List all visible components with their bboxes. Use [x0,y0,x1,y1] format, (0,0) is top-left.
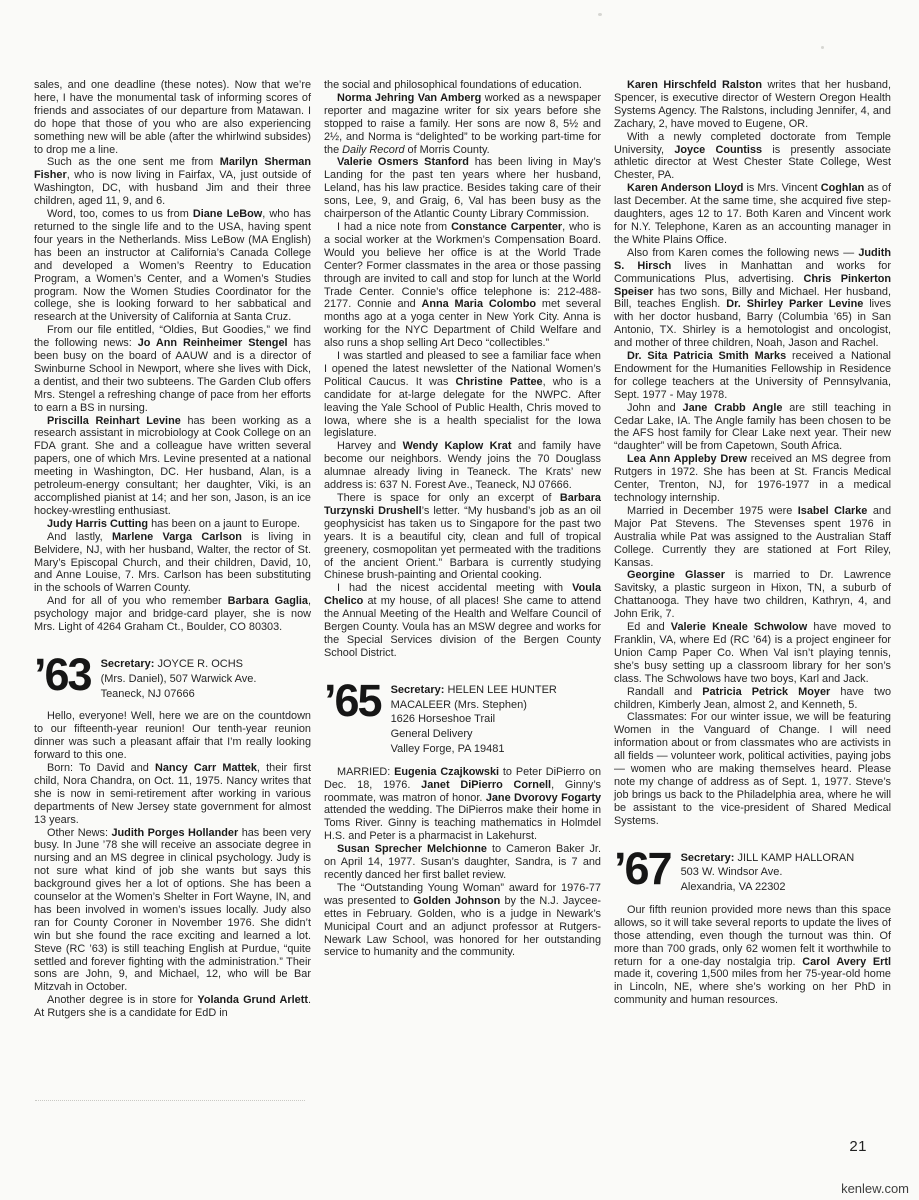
person-name: Priscilla Reinhart Levine [47,415,181,427]
paragraph: Another degree is in store for Yolanda G… [34,994,311,1020]
column-1: sales, and one deadline (these notes). N… [34,79,311,1020]
text-run: Another degree is in store for [47,994,197,1006]
paragraph: Such as the one sent me from Marilyn She… [34,156,311,208]
person-name: Lea Ann Appleby Drew [627,453,747,465]
person-name: Judy Harris Cutting [47,518,148,530]
person-name: Jane Crabb Angle [683,402,783,414]
paragraph: There is space for only an excerpt of Ba… [324,492,601,582]
text-run: has been very busy. In June ’78 she will… [34,827,311,994]
text-run: Harvey and [337,440,403,452]
paragraph: Judy Harris Cutting has been on a jaunt … [34,518,311,531]
publication-title: Daily Record [342,144,404,156]
text-run: Randall and [627,686,702,698]
text-run: I had the nicest accidental meeting with [337,582,572,594]
secretary-line: 1626 Horseshoe Trail [391,712,557,727]
text-run: And lastly, [47,531,112,543]
paragraph: sales, and one deadline (these notes). N… [34,79,311,156]
paragraph: I was startled and pleased to see a fami… [324,350,601,440]
paragraph: Our fifth reunion provided more news tha… [614,904,891,1007]
person-name: Constance Carpenter [451,221,562,233]
text-run: Word, too, comes to us from [47,208,193,220]
class-year-header: ’63Secretary: JOYCE R. OCHS(Mrs. Daniel)… [34,656,311,701]
person-name: Judith Porges Hollander [111,827,238,839]
text-run: And for all of you who remember [47,595,228,607]
paragraph: With a newly completed doctorate from Te… [614,131,891,183]
secretary-line: (Mrs. Daniel), 507 Warwick Ave. [101,672,257,687]
person-name: Valerie Kneale Schwolow [671,621,807,633]
paragraph: Also from Karen comes the following news… [614,247,891,350]
paragraph: Hello, everyone! Well, here we are on th… [34,710,311,762]
text-run: Such as the one sent me from [47,156,220,168]
class-year-label: ’65 [324,682,381,720]
paragraph: Susan Sprecher Melchionne to Cameron Bak… [324,843,601,882]
secretary-line: Valley Forge, PA 19481 [391,742,557,757]
text-run: , who has returned to the single life an… [34,208,311,323]
column-3: Karen Hirschfeld Ralston writes that her… [614,79,891,1020]
paragraph: Karen Hirschfeld Ralston writes that her… [614,79,891,131]
person-name: Barbara Gaglia [228,595,308,607]
paragraph: I had a nice note from Constance Carpent… [324,221,601,350]
text-run: Also from Karen comes the following news… [627,247,858,259]
person-name: Yolanda Grund Arlett [197,994,308,1006]
secretary-line: Secretary: HELEN LEE HUNTER [391,683,557,698]
paragraph: And lastly, Marlene Varga Carlson is liv… [34,531,311,596]
secretary-label: Secretary: [681,852,738,864]
secretary-line: Secretary: JOYCE R. OCHS [101,657,257,672]
paragraph: Priscilla Reinhart Levine has been worki… [34,415,311,518]
person-name: Joyce Countiss [674,144,762,156]
paragraph: Born: To David and Nancy Carr Mattek, th… [34,762,311,827]
person-name: Anna Maria Colombo [421,298,536,310]
secretary-line: Teaneck, NJ 07666 [101,687,257,702]
paragraph: MARRIED: Eugenia Czajkowski to Peter DiP… [324,766,601,843]
person-name: Valerie Osmers Stanford [337,156,469,168]
column-2: the social and philosophical foundations… [324,79,601,1020]
person-name: Diane LeBow [193,208,262,220]
person-name: Jane Dvorovy Fogarty [486,792,601,804]
paragraph: Norma Jehring Van Amberg worked as a new… [324,92,601,157]
text-run: has been on a jaunt to Europe. [148,518,300,530]
text-run: Ed and [627,621,671,633]
paragraph: Valerie Osmers Stanford has been living … [324,156,601,221]
paragraph: the social and philosophical foundations… [324,79,601,92]
person-name: Karen Hirschfeld Ralston [627,79,762,91]
secretary-line: General Delivery [391,727,557,742]
paragraph: Classmates: For our winter issue, we wil… [614,711,891,827]
person-name: Christine Pattee [456,376,543,388]
secretary-info: Secretary: JILL KAMP HALLORAN503 W. Wind… [681,850,855,895]
paragraph: I had the nicest accidental meeting with… [324,582,601,659]
scan-artifact [598,13,602,16]
paragraph: Word, too, comes to us from Diane LeBow,… [34,208,311,324]
text-run: sales, and one deadline (these notes). N… [34,79,311,156]
person-name: Georgine Glasser [627,569,725,581]
paragraph: Lea Ann Appleby Drew received an MS degr… [614,453,891,505]
person-name: Dr. Sita Patricia Smith Marks [627,350,786,362]
person-name: Susan Sprecher Melchionne [337,843,487,855]
person-name: Golden Johnson [413,895,500,907]
paragraph: Dr. Sita Patricia Smith Marks received a… [614,350,891,402]
secretary-line: MACALEER (Mrs. Stephen) [391,698,557,713]
paragraph: Other News: Judith Porges Hollander has … [34,827,311,995]
text-run: MARRIED: [337,766,394,778]
newsletter-page: sales, and one deadline (these notes). N… [0,0,919,1020]
text-run: Born: To David and [47,762,155,774]
person-name: Karen Anderson Lloyd [627,182,743,194]
text-run: made it, covering 1,500 miles from her 7… [614,968,891,1006]
text-columns: sales, and one deadline (these notes). N… [0,0,919,1020]
text-run: Married in December 1975 were [627,505,798,517]
person-name: Coghlan [821,182,865,194]
paragraph: John and Jane Crabb Angle are still teac… [614,402,891,454]
secretary-line: 503 W. Windsor Ave. [681,865,855,880]
secretary-line: Alexandria, VA 22302 [681,880,855,895]
paragraph: Harvey and Wendy Kaplow Krat and family … [324,440,601,492]
paragraph: From our file entitled, “Oldies, But Goo… [34,324,311,414]
class-year-header: ’67Secretary: JILL KAMP HALLORAN503 W. W… [614,850,891,895]
text-run: John and [627,402,683,414]
text-run: attended the wedding. The DiPierros make… [324,804,601,842]
person-name: Wendy Kaplow Krat [403,440,512,452]
page-number: 21 [849,1138,867,1155]
person-name: Patricia Petrick Moyer [702,686,830,698]
person-name: Jo Ann Reinheimer Stengel [138,337,288,349]
text-run: Hello, everyone! Well, here we are on th… [34,710,311,761]
person-name: Carol Avery Ertl [802,956,891,968]
text-run: , who is now living in Fairfax, VA, just… [34,169,311,207]
paragraph: Married in December 1975 were Isabel Cla… [614,505,891,570]
text-run: Other News: [47,827,111,839]
text-run: Classmates: For our winter issue, we wil… [614,711,891,826]
class-year-header: ’65Secretary: HELEN LEE HUNTERMACALEER (… [324,682,601,757]
person-name: Eugenia Czajkowski [394,766,499,778]
person-name: Nancy Carr Mattek [155,762,257,774]
paragraph: Karen Anderson Lloyd is Mrs. Vincent Cog… [614,182,891,247]
person-name: Isabel Clarke [798,505,868,517]
secretary-info: Secretary: JOYCE R. OCHS(Mrs. Daniel), 5… [101,656,257,701]
paragraph: And for all of you who remember Barbara … [34,595,311,634]
secretary-label: Secretary: [101,658,158,670]
person-name: Marlene Varga Carlson [112,531,242,543]
text-run: , who is a social worker at the Workmen’… [324,221,601,310]
watermark: kenlew.com [841,1181,909,1196]
text-run: the social and philosophical foundations… [324,79,582,91]
scan-artifact [821,46,824,49]
text-run: I had a nice note from [337,221,451,233]
scan-artifact-line [35,1100,305,1101]
class-year-label: ’67 [614,850,671,888]
person-name: Dr. Shirley Parker Levine [726,298,863,310]
secretary-label: Secretary: [391,684,448,696]
secretary-info: Secretary: HELEN LEE HUNTERMACALEER (Mrs… [391,682,557,757]
text-run: of Morris County. [405,144,490,156]
text-run: at my house, of all places! She came to … [324,595,601,659]
person-name: Janet DiPierro Cornell [421,779,551,791]
text-run: There is space for only an excerpt of [337,492,560,504]
text-run: has been working as a research assistant… [34,415,311,517]
paragraph: Georgine Glasser is married to Dr. Lawre… [614,569,891,621]
text-run: is Mrs. Vincent [743,182,820,194]
paragraph: Ed and Valerie Kneale Schwolow have move… [614,621,891,686]
class-year-label: ’63 [34,656,91,694]
paragraph: Randall and Patricia Petrick Moyer have … [614,686,891,712]
paragraph: The “Outstanding Young Woman” award for … [324,882,601,959]
secretary-line: Secretary: JILL KAMP HALLORAN [681,851,855,866]
person-name: Norma Jehring Van Amberg [337,92,481,104]
